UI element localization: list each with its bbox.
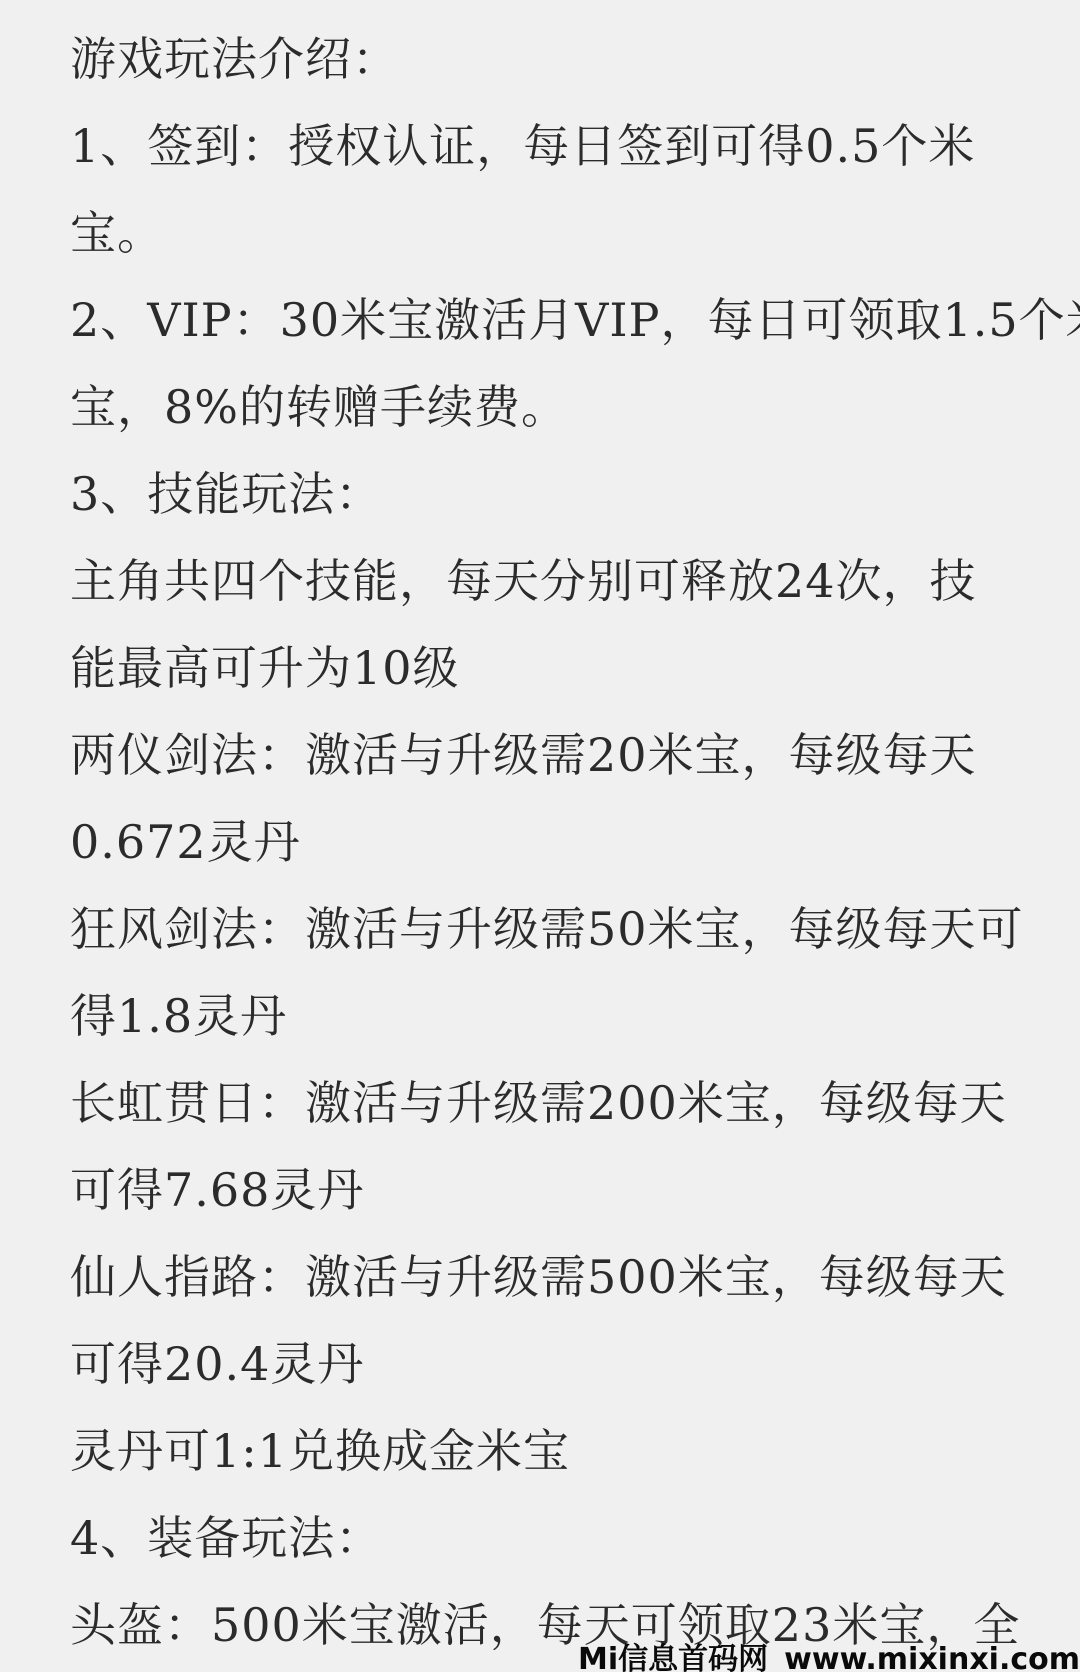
watermark: Mi信息首码网www.mixinxi.com	[578, 1634, 1080, 1672]
text-line-skill1-1: 两仪剑法：激活与升级需20米宝，每级每天	[70, 712, 1050, 799]
text-line-skill-intro-2: 能最高可升为10级	[70, 625, 1050, 712]
watermark-site-url: www.mixinxi.com	[784, 1642, 1080, 1672]
watermark-site-name: Mi信息首码网	[578, 1642, 768, 1672]
text-line-skill4-1: 仙人指路：激活与升级需500米宝，每级每天	[70, 1234, 1050, 1321]
text-line-exchange: 灵丹可1:1兑换成金米宝	[70, 1408, 1050, 1495]
game-guide-document: 游戏玩法介绍： 1、签到：授权认证，每日签到可得0.5个米 宝。 2、VIP：3…	[0, 0, 1080, 1669]
text-line-signin-1: 1、签到：授权认证，每日签到可得0.5个米	[70, 103, 1050, 190]
text-line-equip-heading: 4、装备玩法：	[70, 1495, 1050, 1582]
text-line-signin-2: 宝。	[70, 190, 1050, 277]
text-line-skill2-2: 得1.8灵丹	[70, 973, 1050, 1060]
text-line-skill2-1: 狂风剑法：激活与升级需50米宝，每级每天可	[70, 886, 1050, 973]
doc-title: 游戏玩法介绍：	[70, 16, 1050, 103]
text-line-vip-1: 2、VIP：30米宝激活月VIP，每日可领取1.5个米	[70, 277, 1050, 364]
text-line-vip-2: 宝，8%的转赠手续费。	[70, 364, 1050, 451]
text-line-skill-heading: 3、技能玩法：	[70, 451, 1050, 538]
text-line-skill-intro-1: 主角共四个技能，每天分别可释放24次，技	[70, 538, 1050, 625]
text-line-skill3-1: 长虹贯日：激活与升级需200米宝，每级每天	[70, 1060, 1050, 1147]
text-line-skill3-2: 可得7.68灵丹	[70, 1147, 1050, 1234]
text-line-skill1-2: 0.672灵丹	[70, 799, 1050, 886]
text-line-skill4-2: 可得20.4灵丹	[70, 1321, 1050, 1408]
